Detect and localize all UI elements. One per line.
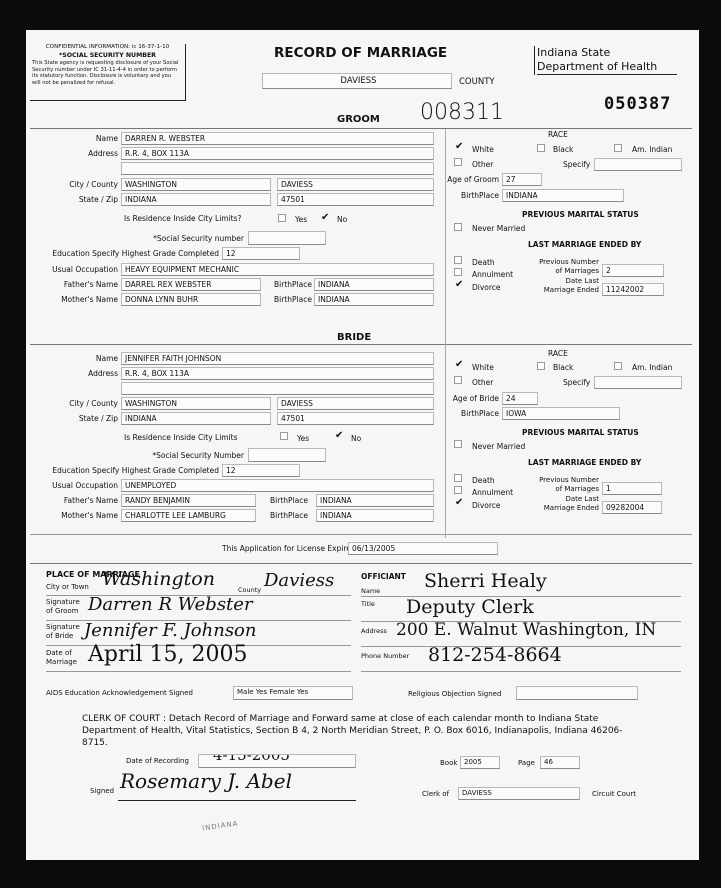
bride-death-label: Death <box>472 476 495 485</box>
bride-father-birthplace-label: BirthPlace <box>270 496 308 505</box>
groom-mother-birthplace-field[interactable]: INDIANA <box>314 293 434 306</box>
groom-occupation-field[interactable]: HEAVY EQUIPMENT MECHANIC <box>121 263 434 276</box>
county-field[interactable]: DAVIESS <box>262 73 452 89</box>
bride-city-field[interactable]: WASHINGTON <box>121 397 271 410</box>
officiant-title-handwritten: Deputy Clerk <box>406 596 534 618</box>
bride-section-title: BRIDE <box>337 332 371 343</box>
agency-block: Indiana State Department of Health <box>534 46 677 75</box>
groom-date-ended-label-2: Marriage Ended <box>516 286 599 294</box>
groom-address-label: Address <box>26 149 118 158</box>
license-expires-label: This Application for License Expires on <box>222 544 367 553</box>
bride-ssn-field[interactable] <box>248 448 326 462</box>
circuit-court-label: Circuit Court <box>592 790 636 798</box>
confidential-notice: CONFIDENTIAL INFORMATION: ic 16-37-1-10 … <box>30 44 186 101</box>
groom-date-ended-label-1: Date Last <box>516 277 599 285</box>
place-county-handwritten: Daviess <box>264 570 334 591</box>
bride-marital-title: PREVIOUS MARITAL STATUS <box>522 428 639 437</box>
license-expires-field[interactable]: 06/13/2005 <box>348 542 498 555</box>
date-of-marriage-label-2: Marriage <box>46 658 77 667</box>
ssn-notice-text: This State agency is requesting disclosu… <box>30 59 185 86</box>
groom-signature-label: Signature of Groom <box>46 598 80 616</box>
bride-age-field[interactable]: 24 <box>502 392 538 405</box>
bride-date-ended-label-1: Date Last <box>516 495 599 503</box>
county-label: COUNTY <box>459 77 495 87</box>
bride-birthplace-label: BirthPlace <box>441 409 499 418</box>
bride-occupation-label: Usual Occupation <box>26 481 118 490</box>
groom-birthplace-label: BirthPlace <box>441 191 499 200</box>
groom-annulment-checkbox[interactable] <box>454 268 462 276</box>
groom-race-white-checkbox[interactable]: ✔ <box>454 142 462 150</box>
bride-name-field[interactable]: JENNIFER FAITH JOHNSON <box>121 352 434 365</box>
bride-race-title: RACE <box>548 349 568 358</box>
groom-race-white-label: White <box>472 145 494 154</box>
officiant-title-label: Title <box>361 600 375 608</box>
bride-education-label: Education Specify Highest Grade Complete… <box>26 466 219 475</box>
bride-state-zip-label: State / Zip <box>26 414 118 423</box>
groom-race-other-checkbox[interactable] <box>454 158 462 166</box>
groom-race-specify-label: Specify <box>563 160 590 169</box>
bride-divorce-checkbox[interactable]: ✔ <box>454 498 462 506</box>
place-city-handwritten: Washington <box>102 568 215 590</box>
bride-city-limits-yes-checkbox[interactable] <box>280 432 288 440</box>
bride-date-ended-field[interactable]: 09282004 <box>602 501 662 514</box>
agency-line-2: Department of Health <box>537 60 677 75</box>
agency-line-1: Indiana State <box>537 46 677 60</box>
religious-objection-field[interactable] <box>516 686 638 700</box>
bride-signature: Jennifer F. Johnson <box>84 620 257 641</box>
groom-prev-num-label-2: of Marriages <box>516 267 599 275</box>
bride-never-married-label: Never Married <box>472 442 525 451</box>
bride-mother-birthplace-field[interactable]: INDIANA <box>316 509 434 522</box>
license-divider-top <box>30 534 692 535</box>
bride-signature-label-2: of Bride <box>46 632 80 641</box>
groom-no-label: No <box>337 215 347 224</box>
date-of-marriage-label-1: Date of <box>46 649 77 658</box>
groom-prev-num-label-1: Previous Number <box>516 258 599 266</box>
license-divider-bottom <box>30 563 692 564</box>
groom-section-title: GROOM <box>337 114 380 125</box>
bride-ssn-label: *Social Security Number <box>26 451 244 460</box>
groom-city-limits-no-checkbox[interactable]: ✔ <box>320 213 328 221</box>
groom-race-black-checkbox[interactable] <box>537 144 545 152</box>
bride-ended-title: LAST MARRIAGE ENDED BY <box>528 458 641 467</box>
officiant-phone-handwritten: 812-254-8664 <box>428 644 562 666</box>
bride-death-checkbox[interactable] <box>454 474 462 482</box>
groom-occupation-label: Usual Occupation <box>26 265 118 274</box>
bride-signature-label: Signature of Bride <box>46 623 80 641</box>
groom-state-zip-label: State / Zip <box>26 195 118 204</box>
bride-father-field[interactable]: RANDY BENJAMIN <box>121 494 256 507</box>
bride-race-black-checkbox[interactable] <box>537 362 545 370</box>
groom-city-field[interactable]: WASHINGTON <box>121 178 271 191</box>
place-city-label: City or Town <box>46 583 89 591</box>
bride-race-black-label: Black <box>553 363 573 372</box>
officiant-name-handwritten: Sherri Healy <box>424 570 547 592</box>
bride-signature-label-1: Signature <box>46 623 80 632</box>
bride-divorce-label: Divorce <box>472 501 501 510</box>
bride-zip-field[interactable]: 47501 <box>277 412 434 425</box>
recording-date-field[interactable]: 4-15-2005 <box>198 754 356 768</box>
bride-annulment-checkbox[interactable] <box>454 486 462 494</box>
groom-yes-label: Yes <box>295 215 307 224</box>
bride-birthplace-field[interactable]: IOWA <box>502 407 620 420</box>
groom-race-specify-field[interactable] <box>594 158 682 171</box>
clerk-signature: Rosemary J. Abel <box>120 769 292 793</box>
officiant-name-label: Name <box>361 587 380 595</box>
bride-prev-num-field[interactable]: 1 <box>602 482 662 495</box>
bride-never-married-checkbox[interactable] <box>454 440 462 448</box>
bride-race-other-checkbox[interactable] <box>454 376 462 384</box>
bride-name-label: Name <box>26 354 118 363</box>
clerk-of-field[interactable]: DAVIESS <box>458 787 580 800</box>
place-line-4 <box>46 671 351 672</box>
page-title: RECORD OF MARRIAGE <box>274 45 447 61</box>
bride-father-label: Father's Name <box>26 496 118 505</box>
bride-annulment-label: Annulment <box>472 488 513 497</box>
bride-race-amindian-checkbox[interactable] <box>614 362 622 370</box>
groom-date-ended-field[interactable]: 11242002 <box>602 283 664 296</box>
bride-address2-field[interactable] <box>121 382 434 395</box>
groom-age-label: Age of Groom <box>441 175 499 184</box>
bride-mother-birthplace-label: BirthPlace <box>270 511 308 520</box>
signed-line <box>118 800 356 801</box>
groom-race-title: RACE <box>548 130 568 139</box>
bride-race-amindian-label: Am. Indian <box>632 363 672 372</box>
bride-no-label: No <box>351 434 361 443</box>
bride-race-white-checkbox[interactable]: ✔ <box>454 360 462 368</box>
ssn-notice-title: *SOCIAL SECURITY NUMBER <box>30 52 185 59</box>
groom-ssn-field[interactable] <box>248 231 326 245</box>
groom-education-label: Education Specify Highest Grade Complete… <box>26 249 219 258</box>
bride-age-label: Age of Bride <box>441 394 499 403</box>
groom-divorce-checkbox[interactable]: ✔ <box>454 280 462 288</box>
clerk-of-label: Clerk of <box>422 790 449 798</box>
groom-father-field[interactable]: DARREL REX WEBSTER <box>121 278 261 291</box>
bride-address-field[interactable]: R.R. 4, BOX 113A <box>121 367 434 380</box>
date-of-marriage-label: Date of Marriage <box>46 649 77 667</box>
aids-acknowledgement-field[interactable]: Male Yes Female Yes <box>233 686 353 700</box>
bride-occupation-field[interactable]: UNEMPLOYED <box>121 479 434 492</box>
groom-ended-title: LAST MARRIAGE ENDED BY <box>528 240 641 249</box>
groom-father-birthplace-field[interactable]: INDIANA <box>314 278 434 291</box>
clerk-instructions: CLERK OF COURT : Detach Record of Marria… <box>82 713 642 749</box>
officiant-title: OFFICIANT <box>361 572 406 581</box>
bride-column-divider <box>445 320 446 538</box>
groom-city-county-label: City / County <box>26 180 118 189</box>
groom-signature-label-2: of Groom <box>46 607 80 616</box>
groom-prev-num-field[interactable]: 2 <box>602 264 664 277</box>
groom-name-label: Name <box>26 134 118 143</box>
groom-county-field[interactable]: DAVIESS <box>277 178 434 191</box>
groom-death-checkbox[interactable] <box>454 256 462 264</box>
groom-annulment-label: Annulment <box>472 270 513 279</box>
bride-state-field[interactable]: INDIANA <box>121 412 271 425</box>
groom-zip-field[interactable]: 47501 <box>277 193 434 206</box>
confidential-header: CONFIDENTIAL INFORMATION: ic 16-37-1-10 <box>30 44 185 50</box>
groom-age-field[interactable]: 27 <box>502 173 542 186</box>
bride-county-field[interactable]: DAVIESS <box>277 397 434 410</box>
record-number: 050387 <box>604 94 671 114</box>
seal-stamp-text: INDIANA <box>202 819 239 832</box>
groom-handwritten-number: 008311 <box>420 100 504 125</box>
recording-date-handwritten: 4-15-2005 <box>213 754 290 761</box>
officiant-address-handwritten: 200 E. Walnut Washington, IN <box>396 620 656 640</box>
book-label: Book <box>440 759 457 767</box>
bride-father-birthplace-field[interactable]: INDIANA <box>316 494 434 507</box>
groom-column-divider <box>445 129 446 339</box>
groom-education-field[interactable]: 12 <box>222 247 300 260</box>
groom-city-limits-label: Is Residence Inside City Limits? <box>124 214 242 223</box>
groom-mother-field[interactable]: DONNA LYNN BUHR <box>121 293 261 306</box>
page-label: Page <box>518 759 535 767</box>
bride-race-specify-label: Specify <box>563 378 590 387</box>
book-field[interactable]: 2005 <box>460 756 500 769</box>
bride-city-limits-no-checkbox[interactable]: ✔ <box>334 431 342 439</box>
groom-father-birthplace-label: BirthPlace <box>274 280 312 289</box>
bride-education-field[interactable]: 12 <box>222 464 300 477</box>
bride-yes-label: Yes <box>297 434 309 443</box>
groom-marital-title: PREVIOUS MARITAL STATUS <box>522 210 639 219</box>
officiant-address-label: Address <box>361 627 387 635</box>
groom-mother-label: Mother's Name <box>26 295 118 304</box>
officiant-phone-label: Phone Number <box>361 652 409 660</box>
marriage-record-document: CONFIDENTIAL INFORMATION: ic 16-37-1-10 … <box>26 30 699 860</box>
officiant-line-4 <box>361 671 681 672</box>
groom-state-field[interactable]: INDIANA <box>121 193 271 206</box>
bride-prev-num-label-2: of Marriages <box>516 485 599 493</box>
groom-divorce-label: Divorce <box>472 283 501 292</box>
date-of-marriage-handwritten: April 15, 2005 <box>88 642 248 667</box>
groom-address2-field[interactable] <box>121 162 434 175</box>
groom-name-field[interactable]: DARREN R. WEBSTER <box>121 132 434 145</box>
groom-ssn-label: *Social Security number <box>26 234 244 243</box>
groom-race-other-label: Other <box>472 160 493 169</box>
groom-address-field[interactable]: R.R. 4, BOX 113A <box>121 147 434 160</box>
page-field[interactable]: 46 <box>540 756 580 769</box>
groom-death-label: Death <box>472 258 495 267</box>
groom-signature: Darren R Webster <box>88 594 253 615</box>
religious-objection-label: Religious Objection Signed <box>408 690 501 698</box>
groom-father-label: Father's Name <box>26 280 118 289</box>
groom-never-married-checkbox[interactable] <box>454 223 462 231</box>
bride-city-limits-label: Is Residence Inside City Limits <box>124 433 238 442</box>
groom-mother-birthplace-label: BirthPlace <box>274 295 312 304</box>
aids-acknowledgement-label: AIDS Education Acknowledgement Signed <box>46 689 193 697</box>
bride-city-county-label: City / County <box>26 399 118 408</box>
bride-prev-num-label-1: Previous Number <box>516 476 599 484</box>
groom-divider <box>30 128 692 129</box>
bride-mother-field[interactable]: CHARLOTTE LEE LAMBURG <box>121 509 256 522</box>
groom-city-limits-yes-checkbox[interactable] <box>278 214 286 222</box>
bride-race-other-label: Other <box>472 378 493 387</box>
bride-race-specify-field[interactable] <box>594 376 682 389</box>
groom-never-married-label: Never Married <box>472 224 525 233</box>
bride-divider <box>30 344 692 345</box>
groom-race-black-label: Black <box>553 145 573 154</box>
recording-date-label: Date of Recording <box>126 757 189 765</box>
groom-signature-label-1: Signature <box>46 598 80 607</box>
bride-mother-label: Mother's Name <box>26 511 118 520</box>
bride-date-ended-label-2: Marriage Ended <box>516 504 599 512</box>
groom-race-amindian-checkbox[interactable] <box>614 144 622 152</box>
bride-address-label: Address <box>26 369 118 378</box>
signed-label: Signed <box>90 787 114 795</box>
place-county-label: County <box>238 586 261 594</box>
bride-race-white-label: White <box>472 363 494 372</box>
groom-birthplace-field[interactable]: INDIANA <box>502 189 624 202</box>
groom-race-amindian-label: Am. Indian <box>632 145 672 154</box>
